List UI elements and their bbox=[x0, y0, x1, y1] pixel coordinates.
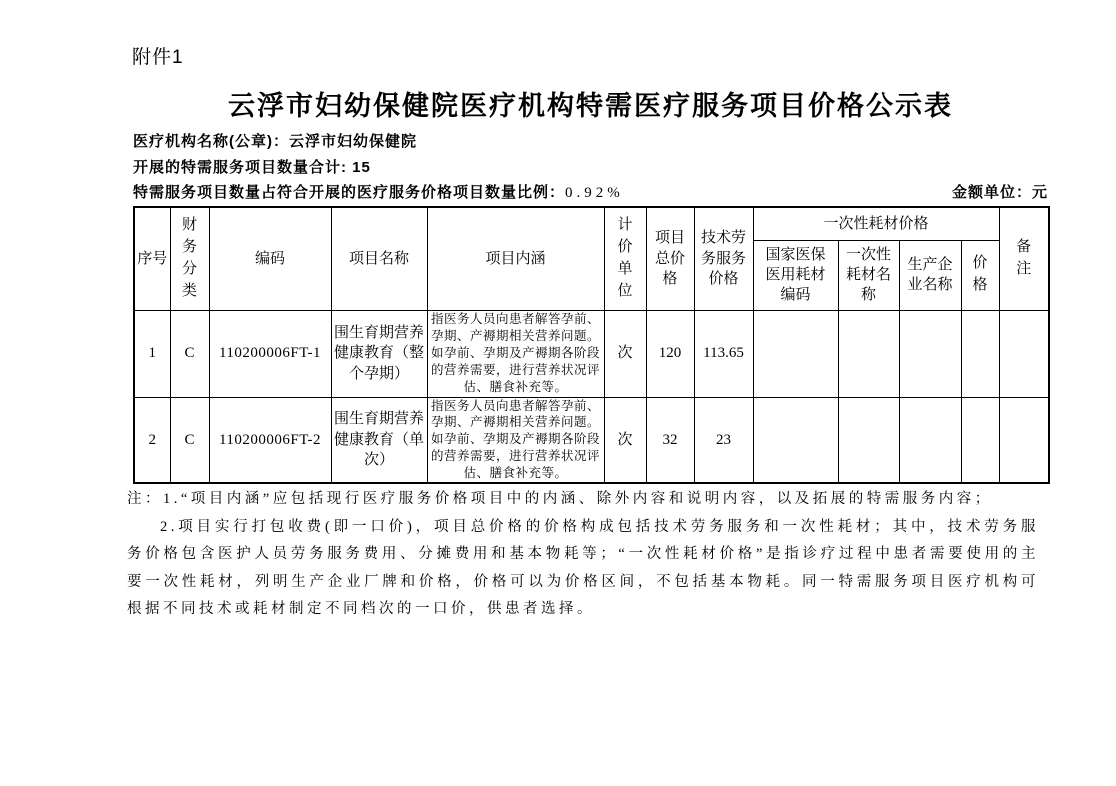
price-text: 价格 bbox=[972, 253, 989, 297]
cell-tech-service-price: 113.65 bbox=[694, 310, 753, 397]
org-name-line: 医疗机构名称(公章)：云浮市妇幼保健院 bbox=[133, 130, 417, 151]
cell-insurance-code bbox=[753, 310, 838, 397]
cell-price bbox=[961, 397, 999, 483]
cell-manufacturer bbox=[899, 310, 961, 397]
attachment-label: 附件1 bbox=[132, 42, 184, 69]
cell-price bbox=[961, 310, 999, 397]
col-header-item-content: 项目内涵 bbox=[427, 207, 604, 310]
pricing-unit-text: 计价单位 bbox=[617, 215, 634, 302]
finance-class-text: 财务分类 bbox=[181, 215, 198, 302]
header-row-1: 序号 财务分类 编码 项目名称 项目内涵 计价单位 项目总价格 技术劳务服务价格… bbox=[134, 207, 1049, 240]
amount-unit-label: 金额单位：元 bbox=[952, 181, 1048, 202]
col-header-price: 价格 bbox=[961, 240, 999, 310]
col-header-insurance-code: 国家医保医用耗材编码 bbox=[753, 240, 838, 310]
col-header-item-name: 项目名称 bbox=[331, 207, 427, 310]
project-count-line: 开展的特需服务项目数量合计: 15 bbox=[133, 156, 371, 177]
cell-seq: 1 bbox=[134, 310, 170, 397]
cell-remarks bbox=[999, 397, 1049, 483]
ratio-row: 特需服务项目数量占符合开展的医疗服务价格项目数量比例：0.92% 金额单位：元 bbox=[133, 181, 1048, 202]
insurance-code-text: 国家医保医用耗材编码 bbox=[764, 245, 827, 306]
col-header-disposable-name: 一次性耗材名称 bbox=[838, 240, 899, 310]
footnote-1: 注：1.“项目内涵”应包括现行医疗服务价格项目中的内涵、除外内容和说明内容，以及… bbox=[127, 486, 1039, 514]
cell-total-price: 32 bbox=[646, 397, 694, 483]
col-header-manufacturer: 生产企业名称 bbox=[899, 240, 961, 310]
table-row: 2 C 110200006FT-2 围生育期营养健康教育（单次） 指医务人员向患… bbox=[134, 397, 1049, 483]
project-count-value: 15 bbox=[352, 159, 371, 176]
cell-disposable-name bbox=[838, 310, 899, 397]
remarks-text: 备注 bbox=[1016, 237, 1033, 281]
cell-item-content: 指医务人员向患者解答孕前、孕期、产褥期相关营养问题。如孕前、孕期及产褥期各阶段的… bbox=[427, 397, 604, 483]
cell-pricing-unit: 次 bbox=[604, 310, 646, 397]
cell-insurance-code bbox=[753, 397, 838, 483]
ratio-label: 特需服务项目数量占符合开展的医疗服务价格项目数量比例： bbox=[133, 184, 565, 201]
cell-manufacturer bbox=[899, 397, 961, 483]
ratio-value: 0.92% bbox=[565, 185, 624, 201]
col-header-code: 编码 bbox=[209, 207, 331, 310]
col-header-pricing-unit: 计价单位 bbox=[604, 207, 646, 310]
col-header-tech-service-price: 技术劳务服务价格 bbox=[694, 207, 753, 310]
cell-item-name: 围生育期营养健康教育（整个孕期） bbox=[331, 310, 427, 397]
cell-item-name: 围生育期营养健康教育（单次） bbox=[331, 397, 427, 483]
cell-finance-class: C bbox=[170, 310, 209, 397]
footnote-2: 2.项目实行打包收费(即一口价)，项目总价格的价格构成包括技术劳务服务和一次性耗… bbox=[127, 514, 1039, 624]
project-count-label: 开展的特需服务项目数量合计: bbox=[133, 159, 347, 176]
page-title: 云浮市妇幼保健院医疗机构特需医疗服务项目价格公示表 bbox=[133, 84, 1048, 123]
cell-seq: 2 bbox=[134, 397, 170, 483]
cell-code: 110200006FT-1 bbox=[209, 310, 331, 397]
cell-finance-class: C bbox=[170, 397, 209, 483]
cell-pricing-unit: 次 bbox=[604, 397, 646, 483]
cell-total-price: 120 bbox=[646, 310, 694, 397]
cell-disposable-name bbox=[838, 397, 899, 483]
ratio-line: 特需服务项目数量占符合开展的医疗服务价格项目数量比例：0.92% bbox=[133, 181, 624, 202]
col-header-finance-class: 财务分类 bbox=[170, 207, 209, 310]
col-header-remarks: 备注 bbox=[999, 207, 1049, 310]
cell-remarks bbox=[999, 310, 1049, 397]
price-table: 序号 财务分类 编码 项目名称 项目内涵 计价单位 项目总价格 技术劳务服务价格… bbox=[133, 206, 1050, 484]
col-header-seq: 序号 bbox=[134, 207, 170, 310]
cell-code: 110200006FT-2 bbox=[209, 397, 331, 483]
col-header-total-price: 项目总价格 bbox=[646, 207, 694, 310]
cell-item-content: 指医务人员向患者解答孕前、孕期、产褥期相关营养问题。如孕前、孕期及产褥期各阶段的… bbox=[427, 310, 604, 397]
col-header-disposable-group: 一次性耗材价格 bbox=[753, 207, 999, 240]
table-row: 1 C 110200006FT-1 围生育期营养健康教育（整个孕期） 指医务人员… bbox=[134, 310, 1049, 397]
cell-tech-service-price: 23 bbox=[694, 397, 753, 483]
footnotes: 注：1.“项目内涵”应包括现行医疗服务价格项目中的内涵、除外内容和说明内容，以及… bbox=[127, 486, 1039, 624]
